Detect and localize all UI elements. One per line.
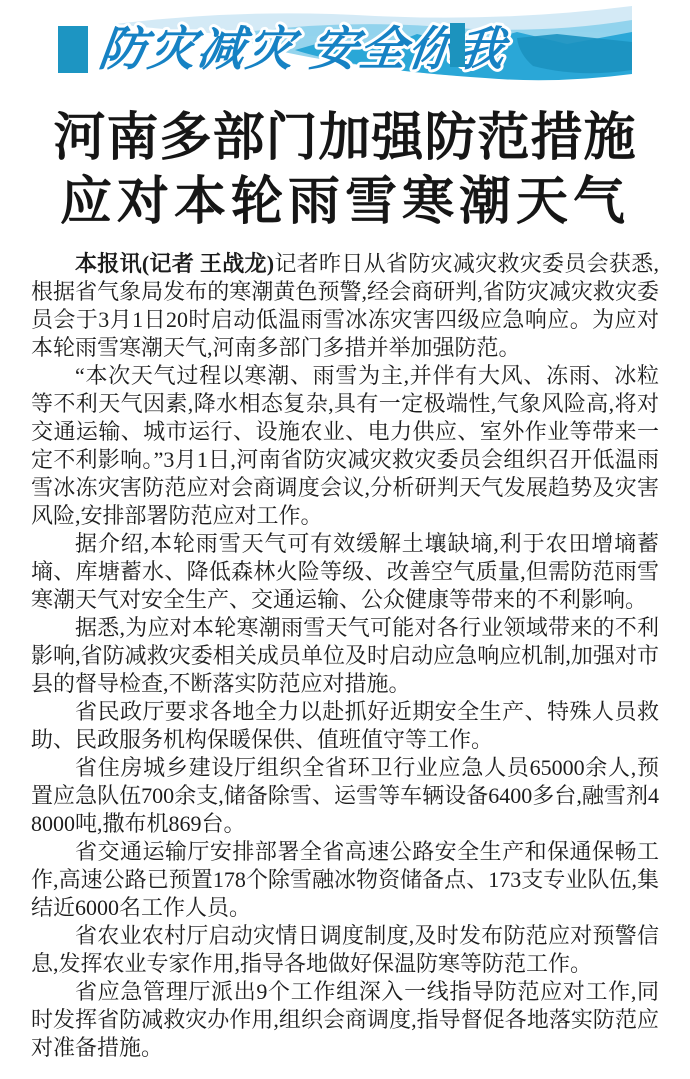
paragraph-text: 省住房城乡建设厅组织全省环卫行业应急人员65000余人,预置应急队伍700余支,… bbox=[31, 755, 659, 836]
paragraph: 据介绍,本轮雨雪天气可有效缓解土壤缺墒,利于农田增墒蓄墒、库塘蓄水、降低森林火险… bbox=[31, 530, 659, 614]
paragraph-text: 据介绍,本轮雨雪天气可有效缓解土壤缺墒,利于农田增墒蓄墒、库塘蓄水、降低森林火险… bbox=[31, 531, 659, 612]
article-headline: 河南多部门加强防范措施 应对本轮雨雪寒潮天气 bbox=[30, 106, 660, 234]
paragraph: 省民政厅要求各地全力以赴抓好近期安全生产、特殊人员救助、民政服务机构保暖保供、值… bbox=[31, 698, 659, 754]
headline-line-2: 应对本轮雨雪寒潮天气 bbox=[30, 170, 660, 234]
section-banner: 防灾减灾 安全你我 bbox=[45, 4, 632, 86]
newspaper-page: 防灾减灾 安全你我 河南多部门加强防范措施 应对本轮雨雪寒潮天气 本报讯(记者 … bbox=[0, 0, 690, 1079]
paragraph: 省应急管理厅派出9个工作组深入一线指导防范应对工作,同时发挥省防减救灾办作用,组… bbox=[31, 978, 659, 1062]
paragraph-text: 省民政厅要求各地全力以赴抓好近期安全生产、特殊人员救助、民政服务机构保暖保供、值… bbox=[31, 699, 659, 752]
paragraph: 本报讯(记者 王战龙)记者昨日从省防灾减灾救灾委员会获悉,根据省气象局发布的寒潮… bbox=[31, 250, 659, 362]
paragraph-text: 省农业农村厅启动灾情日调度制度,及时发布防范应对预警信息,发挥农业专家作用,指导… bbox=[31, 923, 659, 976]
banner-title-layer: 防灾减灾 安全你我 bbox=[45, 4, 632, 86]
paragraph-text: 据悉,为应对本轮寒潮雨雪天气可能对各行业领域带来的不利影响,省防减救灾委相关成员… bbox=[31, 615, 659, 696]
paragraph: 省农业农村厅启动灾情日调度制度,及时发布防范应对预警信息,发挥农业专家作用,指导… bbox=[31, 922, 659, 978]
banner-accent-bar bbox=[450, 23, 465, 67]
headline-line-1: 河南多部门加强防范措施 bbox=[30, 106, 660, 170]
paragraph: 省交通运输厅安排部署全省高速公路安全生产和保通保畅工作,高速公路已预置178个除… bbox=[31, 838, 659, 922]
paragraph-text: “本次天气过程以寒潮、雨雪为主,并伴有大风、冻雨、冰粒等不利天气因素,降水相态复… bbox=[31, 363, 659, 528]
byline-lead: 本报讯(记者 王战龙) bbox=[75, 251, 274, 276]
paragraph-text: 省应急管理厅派出9个工作组深入一线指导防范应对工作,同时发挥省防减救灾办作用,组… bbox=[31, 979, 659, 1060]
article-body: 本报讯(记者 王战龙)记者昨日从省防灾减灾救灾委员会获悉,根据省气象局发布的寒潮… bbox=[0, 250, 690, 1062]
paragraph: 省住房城乡建设厅组织全省环卫行业应急人员65000余人,预置应急队伍700余支,… bbox=[31, 754, 659, 838]
paragraph: “本次天气过程以寒潮、雨雪为主,并伴有大风、冻雨、冰粒等不利天气因素,降水相态复… bbox=[31, 362, 659, 530]
paragraph-text: 省交通运输厅安排部署全省高速公路安全生产和保通保畅工作,高速公路已预置178个除… bbox=[31, 839, 659, 920]
paragraph: 据悉,为应对本轮寒潮雨雪天气可能对各行业领域带来的不利影响,省防减救灾委相关成员… bbox=[31, 614, 659, 698]
